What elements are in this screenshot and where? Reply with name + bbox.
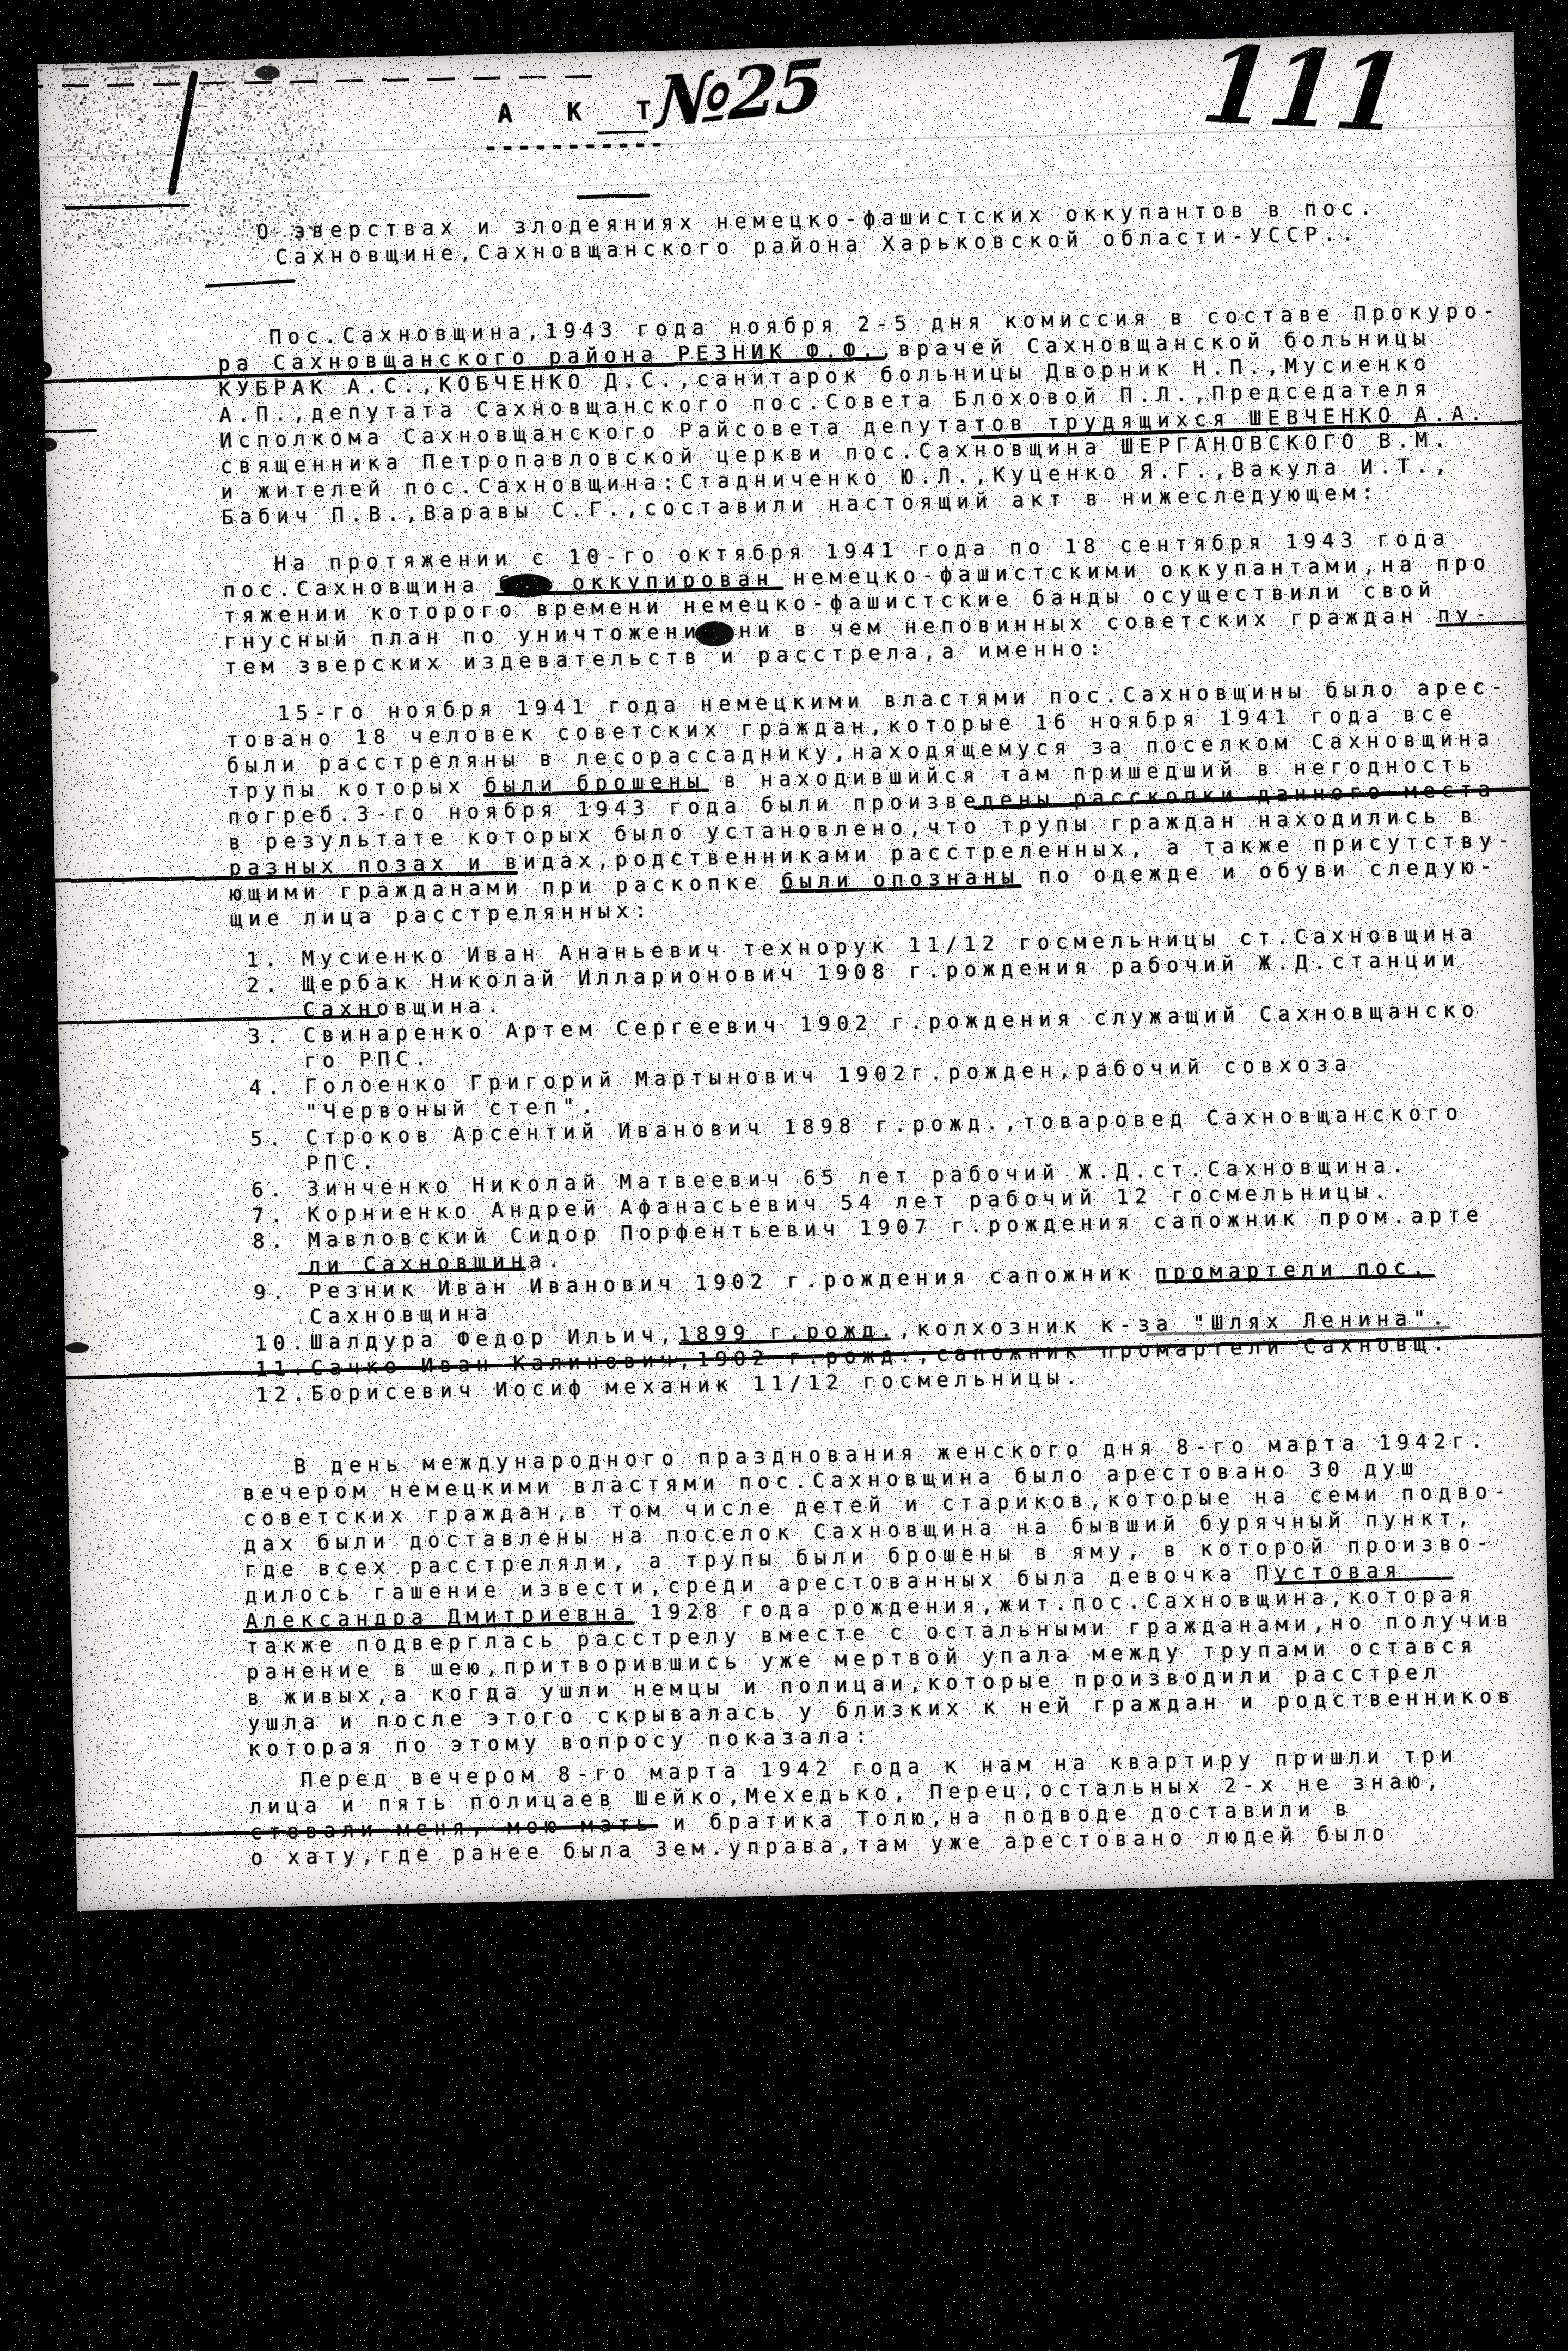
handwritten-margin-stroke <box>168 70 199 196</box>
list-item-number: 3. <box>232 1023 304 1076</box>
ink-smudge <box>37 437 57 452</box>
list-item-number: 5. <box>235 1125 307 1178</box>
list-item-number: 9. <box>238 1279 310 1332</box>
pen-mark-dashed-stub <box>16 65 195 72</box>
handwritten-page-number: 111 <box>1196 22 1412 156</box>
paragraph-march-1942: В день международного празднования женск… <box>242 1426 1551 1762</box>
victims-list: 1.Мусиенко Иван Ананьевич технорук 11/12… <box>231 919 1543 1408</box>
pen-underline-subtitle <box>205 279 295 288</box>
scanned-document: 111 А К Т №25 ----------- О зверствах и … <box>0 0 1568 2351</box>
ink-smudge <box>30 361 52 380</box>
pen-mark-line <box>577 193 650 199</box>
paragraph-commission: Пос.Сахновщина,1943 года ноября 2-5 дня … <box>217 297 1524 530</box>
paragraph-executions-1941: 15-го ноября 1941 года немецкими властям… <box>225 674 1533 932</box>
document-page: 111 А К Т №25 ----------- О зверствах и … <box>37 32 1553 1911</box>
paragraph-occupation: На протяжении с 10-го октября 1941 года … <box>222 524 1527 680</box>
ink-smudge <box>50 1145 69 1159</box>
ink-smudge <box>65 1342 89 1353</box>
scan-artifact-line <box>8 164 1532 199</box>
ink-smudge <box>42 671 59 685</box>
pen-mark-line <box>65 204 190 210</box>
handwritten-act-number: №25 <box>654 44 824 144</box>
ink-smudge <box>255 65 280 80</box>
list-item-number: 12. <box>240 1381 311 1408</box>
list-item-number: 10. <box>239 1330 310 1357</box>
pen-mark-left-margin <box>26 429 97 434</box>
list-item-number: 4. <box>234 1074 305 1127</box>
document-title: А К Т <box>497 97 671 127</box>
pen-mark-dashed-line <box>16 75 598 88</box>
document-subtitle: О зверствах и злодеяниях немецко-фашистс… <box>215 194 1420 271</box>
list-item-number: 6. <box>236 1176 307 1204</box>
paragraph-testimony: Перед вечером 8-го марта 1942 года к нам… <box>249 1740 1553 1871</box>
list-item-number: 1. <box>231 946 302 973</box>
list-item-number: 7. <box>236 1202 308 1229</box>
